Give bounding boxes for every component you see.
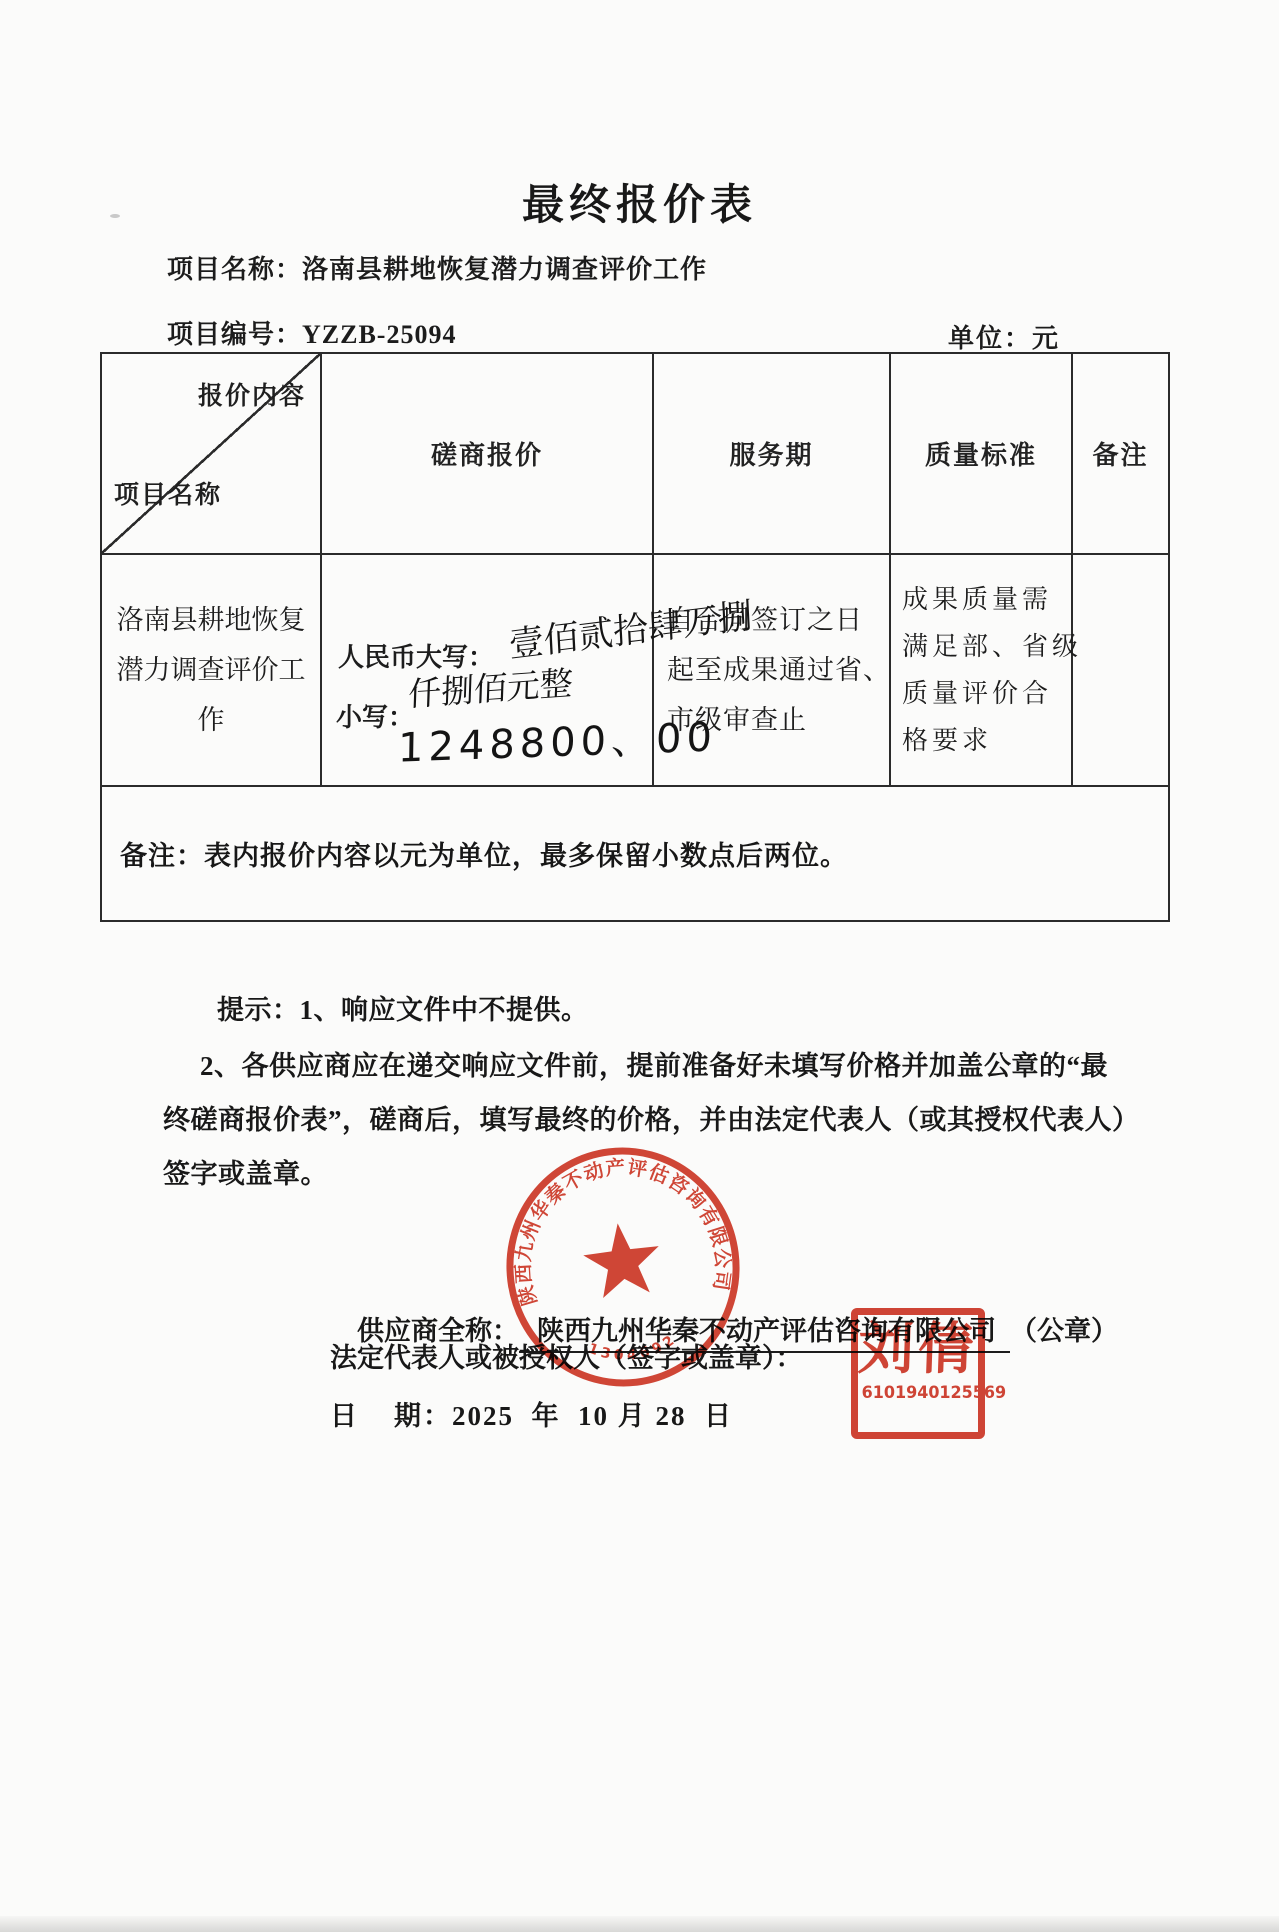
table-footnote: 备注：表内报价内容以元为单位，最多保留小数点后两位。 [101, 786, 1169, 921]
diagonal-label-quote-content: 报价内容 [198, 376, 306, 412]
diagonal-label-project-name: 项目名称 [114, 475, 222, 511]
header-cell-remarks: 备注 [1072, 353, 1169, 554]
scan-bottom-edge [0, 1916, 1279, 1932]
stamp-star-icon [580, 1219, 664, 1300]
table-header-row: 报价内容 项目名称 磋商报价 服务期 质量标准 备注 [101, 353, 1169, 554]
header-cell-quality-standard: 质量标准 [890, 353, 1072, 554]
project-name-line-3: 作 [102, 695, 320, 745]
cell-negotiated-quote: 人民币大写： 壹佰贰拾肆万捌 仟捌佰元整 小写： 1248800、00 [321, 554, 653, 786]
project-number-line: 项目编号：YZZB-25094 [167, 314, 456, 351]
round-company-stamp: 陕西九州华秦不动产评估咨询有限公司 1304692 [486, 1128, 761, 1406]
note-paragraph-2: 2、各供应商应在递交响应文件前，提前准备好未填写价格并加盖公章的“最 [200, 1044, 1108, 1083]
company-seal-note: （公章） [1010, 1316, 1118, 1346]
stamp-serial-arc-textpath: 1304692 [584, 1330, 682, 1369]
project-name-line-1: 洛南县耕地恢复 [102, 595, 320, 645]
cell-project-name: 洛南县耕地恢复 潜力调查评价工 作 [101, 554, 321, 786]
note-paragraph-4: 签字或盖章。 [163, 1152, 328, 1191]
quality-line-3: 质量评价合 [902, 670, 1071, 717]
stamp-person-name: 刘倩 [857, 1319, 979, 1381]
note-paragraph-1: 提示：1、响应文件中不提供。 [217, 988, 589, 1027]
header-cell-service-period: 服务期 [653, 353, 890, 554]
service-period-line-2: 起至成果通过省、 [667, 645, 889, 695]
quality-line-1: 成果质量需 [902, 576, 1071, 623]
round-stamp-graphic: 陕西九州华秦不动产评估咨询有限公司 1304692 [486, 1128, 761, 1406]
note-paragraph-3: 终磋商报价表”，磋商后，填写最终的价格，并由法定代表人（或其授权代表人） [163, 1098, 1140, 1137]
table-footnote-row: 备注：表内报价内容以元为单位，最多保留小数点后两位。 [101, 786, 1169, 921]
quotation-table: 报价内容 项目名称 磋商报价 服务期 质量标准 备注 洛南县耕地恢复 潜力调查评… [100, 352, 1170, 922]
stamp-id-number: 6101940125569 [862, 1383, 975, 1403]
table-data-row: 洛南县耕地恢复 潜力调查评价工 作 人民币大写： 壹佰贰拾肆万捌 仟捌佰元整 小… [101, 554, 1169, 786]
diagonal-header-cell: 报价内容 项目名称 [101, 353, 321, 554]
cell-remarks-empty [1072, 554, 1169, 786]
unit-label: 单位：元 [948, 318, 1060, 355]
stamp-serial-arc-text: 1304692 [584, 1330, 682, 1369]
project-name-line: 项目名称：洛南县耕地恢复潜力调查评价工作 [167, 249, 707, 286]
document-title: 最终报价表 [0, 172, 1279, 232]
square-name-stamp: 刘倩 6101940125569 [851, 1308, 985, 1439]
header-cell-negotiated-quote: 磋商报价 [321, 353, 653, 554]
handwritten-amount-figures: 1248800、00 [398, 705, 718, 773]
project-name-line-2: 潜力调查评价工 [102, 645, 320, 695]
quality-line-4: 格要求 [902, 717, 1071, 764]
cell-quality-standard: 成果质量需 满足部、省级 质量评价合 格要求 [890, 554, 1072, 786]
scanned-quotation-page: 最终报价表 项目名称：洛南县耕地恢复潜力调查评价工作 项目编号：YZZB-250… [0, 0, 1279, 1932]
quality-line-2: 满足部、省级 [902, 623, 1071, 670]
